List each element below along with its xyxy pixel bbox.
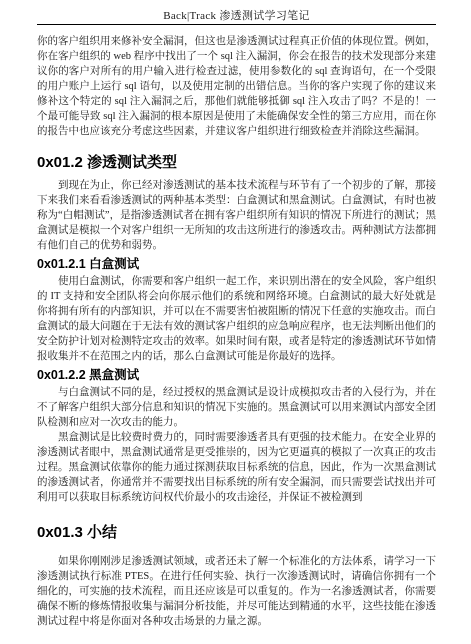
- paragraph-blackbox-effort: 黑盒测试是比较费时费力的，同时需要渗透者具有更强的技术能力。在安全业界的渗透测试…: [37, 430, 436, 505]
- section-heading-whitebox: 0x01.2.1 白盒测试: [37, 256, 436, 272]
- section-heading-blackbox: 0x01.2.2 黑盒测试: [37, 367, 436, 383]
- header-title: Back|Track 渗透测试学习笔记: [163, 10, 310, 22]
- document-page: Back|Track 渗透测试学习笔记 你的客户组织用来修补安全漏洞，但这也是渗…: [0, 0, 471, 644]
- paragraph-sql-injection-advice: 你的客户组织用来修补安全漏洞，但这也是渗透测试过程真正价值的体现位置。例如，你在…: [37, 34, 436, 139]
- paragraph-blackbox-description: 与白盒测试不同的是，经过授权的黑盒测试是设计成模拟攻击者的入侵行为，并在不了解客…: [37, 385, 436, 430]
- paragraph-two-basic-types: 到现在为止，你已经对渗透测试的基本技术流程与环节有了一个初步的了解，那接下来我们…: [37, 178, 436, 253]
- section-heading-summary: 0x01.3 小结: [37, 523, 436, 542]
- paragraph-summary: 如果你刚刚涉足渗透测试领域，或者还未了解一个标准化的方法体系，请学习一下渗透测试…: [37, 554, 436, 629]
- section-heading-pentest-types: 0x01.2 渗透测试类型: [37, 153, 436, 172]
- header-divider: [37, 24, 436, 25]
- document-content: 你的客户组织用来修补安全漏洞，但这也是渗透测试过程真正价值的体现位置。例如，你在…: [37, 34, 436, 629]
- paragraph-whitebox-description: 使用白盒测试，你需要和客户组织一起工作，来识别出潜在的安全风险，客户组织的 IT…: [37, 274, 436, 364]
- page-header: Back|Track 渗透测试学习笔记: [37, 7, 436, 23]
